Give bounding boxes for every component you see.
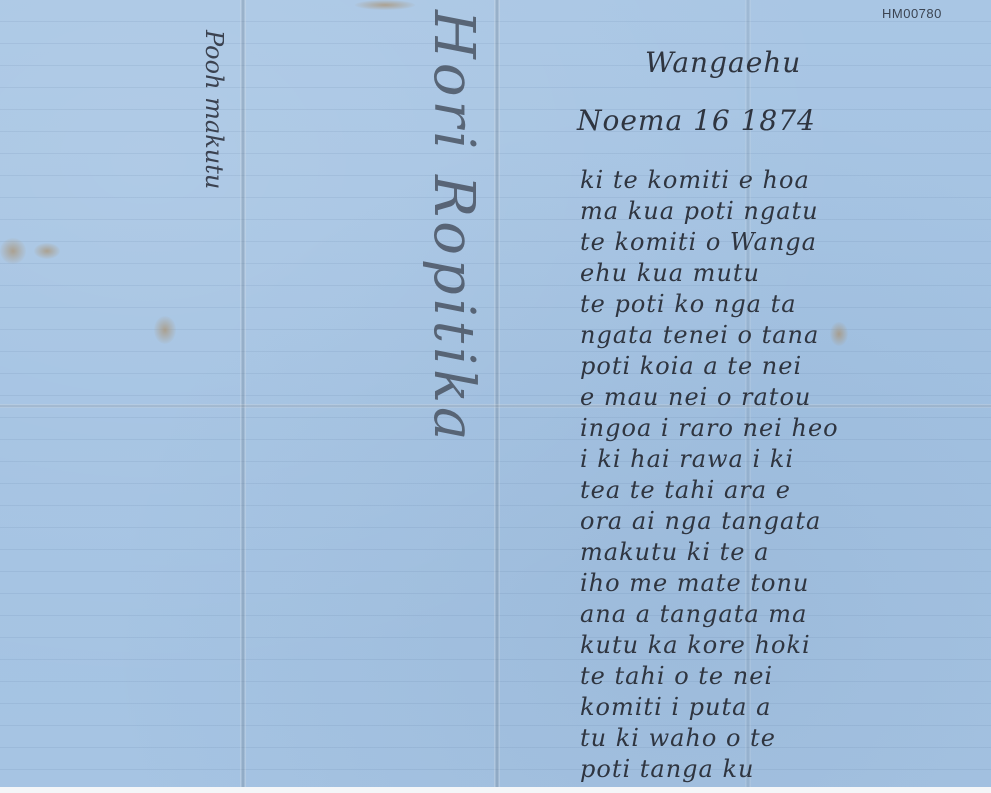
letter-place: Wangaehu	[645, 46, 801, 79]
body-line: tu ki waho o te	[580, 724, 776, 752]
letter-date: Noema 16 1874	[577, 104, 816, 137]
catalog-number: HM00780	[882, 6, 942, 21]
body-line: kutu ka kore hoki	[580, 631, 811, 659]
body-line: e mau nei o ratou	[580, 383, 811, 411]
body-line: ma kua poti ngatu	[580, 197, 819, 225]
stain	[830, 322, 848, 346]
body-line: te komiti o Wanga	[580, 228, 817, 256]
body-line: te poti ko nga ta	[580, 290, 797, 318]
body-line: ana a tangata ma	[580, 600, 807, 628]
letter-scan: HM00780 Wangaehu Noema 16 1874 ki te kom…	[0, 0, 991, 793]
body-line: i ki hai rawa i ki	[580, 445, 794, 473]
body-line: ingoa i raro nei heo	[580, 414, 839, 442]
stain	[154, 316, 176, 344]
body-line: ehu kua mutu	[580, 259, 760, 287]
body-line: makutu ki te a	[580, 538, 769, 566]
body-line: tea te tahi ara e	[580, 476, 791, 504]
body-line: ora ai nga tangata	[580, 507, 821, 535]
body-line: te tahi o te nei	[580, 662, 773, 690]
body-line: ngata tenei o tana	[580, 321, 819, 349]
paper-bottom-edge	[0, 787, 991, 793]
horizontal-fold	[0, 404, 991, 408]
body-line: poti koia a te nei	[580, 352, 802, 380]
body-line: ki te komiti e hoa	[580, 166, 810, 194]
body-line: komiti i puta a	[580, 693, 771, 721]
stain	[34, 243, 60, 259]
body-line: iho me mate tonu	[580, 569, 809, 597]
stain	[355, 0, 415, 10]
signature-endorsement: Hori Ropitika	[421, 10, 486, 444]
stain	[0, 238, 26, 264]
body-line: poti tanga ku	[580, 755, 754, 783]
endorsement-left: Pooh makutu	[200, 30, 228, 189]
vertical-fold-center	[494, 0, 500, 793]
vertical-fold-left	[240, 0, 246, 793]
